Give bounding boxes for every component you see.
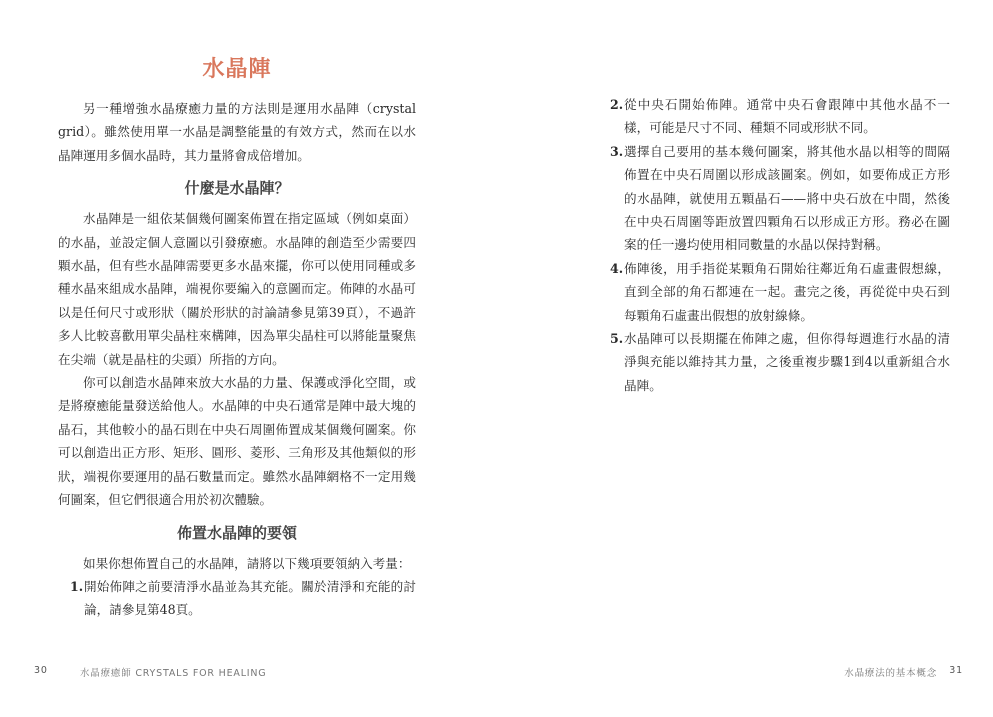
section-heading-tips: 佈置水晶陣的要領 bbox=[58, 522, 416, 544]
list-number: 4. bbox=[610, 257, 623, 280]
page-number-left: 30 bbox=[34, 665, 48, 676]
body-paragraph: 你可以創造水晶陣來放大水晶的力量、保護或淨化空間，或是將療癒能量發送給他人。水晶… bbox=[58, 371, 416, 511]
list-item-text: 從中央石開始佈陣。通常中央石會跟陣中其他水晶不一樣，可能是尺寸不同、種類不同或形… bbox=[624, 97, 950, 135]
intro-paragraph: 另一種增強水晶療癒力量的方法則是運用水晶陣（crystal grid）。雖然使用… bbox=[58, 97, 416, 167]
running-head-book-title: 水晶療癒師 CRYSTALS FOR HEALING bbox=[80, 665, 266, 679]
list-item: 5. 水晶陣可以長期擺在佈陣之處，但你得每週進行水晶的清淨與充能以維持其力量，之… bbox=[610, 327, 950, 397]
body-paragraph: 水晶陣是一組依某個幾何圖案佈置在指定區域（例如桌面）的水晶，並設定個人意圖以引發… bbox=[58, 207, 416, 371]
running-head-chapter-title: 水晶療法的基本概念 bbox=[844, 665, 937, 679]
section-heading-what-is: 什麼是水晶陣？ bbox=[58, 177, 416, 199]
left-page: 水晶陣 另一種增強水晶療癒力量的方法則是運用水晶陣（crystal grid）。… bbox=[0, 0, 496, 717]
tips-list-left: 1. 開始佈陣之前要清淨水晶並為其充能。關於清淨和充能的討論，請參見第48頁。 bbox=[58, 575, 416, 622]
list-item-text: 開始佈陣之前要清淨水晶並為其充能。關於清淨和充能的討論，請參見第48頁。 bbox=[84, 579, 416, 617]
list-item: 1. 開始佈陣之前要清淨水晶並為其充能。關於清淨和充能的討論，請參見第48頁。 bbox=[70, 575, 416, 622]
list-item-text: 佈陣後，用手指從某顆角石開始往鄰近角石虛畫假想線，直到全部的角石都連在一起。畫完… bbox=[624, 261, 950, 323]
list-item: 2. 從中央石開始佈陣。通常中央石會跟陣中其他水晶不一樣，可能是尺寸不同、種類不… bbox=[610, 93, 950, 140]
list-item: 3. 選擇自己要用的基本幾何圖案，將其他水晶以相等的間隔佈置在中央石周圍以形成該… bbox=[610, 140, 950, 257]
right-page: 2. 從中央石開始佈陣。通常中央石會跟陣中其他水晶不一樣，可能是尺寸不同、種類不… bbox=[496, 0, 993, 717]
list-number: 3. bbox=[610, 140, 623, 163]
list-item-text: 選擇自己要用的基本幾何圖案，將其他水晶以相等的間隔佈置在中央石周圍以形成該圖案。… bbox=[624, 144, 950, 253]
page-title: 水晶陣 bbox=[58, 52, 416, 83]
left-text-column: 水晶陣 另一種增強水晶療癒力量的方法則是運用水晶陣（crystal grid）。… bbox=[58, 52, 416, 622]
right-text-column: 2. 從中央石開始佈陣。通常中央石會跟陣中其他水晶不一樣，可能是尺寸不同、種類不… bbox=[610, 93, 950, 397]
list-item: 4. 佈陣後，用手指從某顆角石開始往鄰近角石虛畫假想線，直到全部的角石都連在一起… bbox=[610, 257, 950, 327]
tips-intro: 如果你想佈置自己的水晶陣，請將以下幾項要領納入考量： bbox=[58, 552, 416, 575]
list-item-text: 水晶陣可以長期擺在佈陣之處，但你得每週進行水晶的清淨與充能以維持其力量，之後重複… bbox=[624, 331, 950, 393]
tips-list-right: 2. 從中央石開始佈陣。通常中央石會跟陣中其他水晶不一樣，可能是尺寸不同、種類不… bbox=[610, 93, 950, 397]
list-number: 2. bbox=[610, 93, 623, 116]
list-number: 1. bbox=[70, 575, 83, 598]
list-number: 5. bbox=[610, 327, 623, 350]
page-number-right: 31 bbox=[949, 665, 963, 676]
